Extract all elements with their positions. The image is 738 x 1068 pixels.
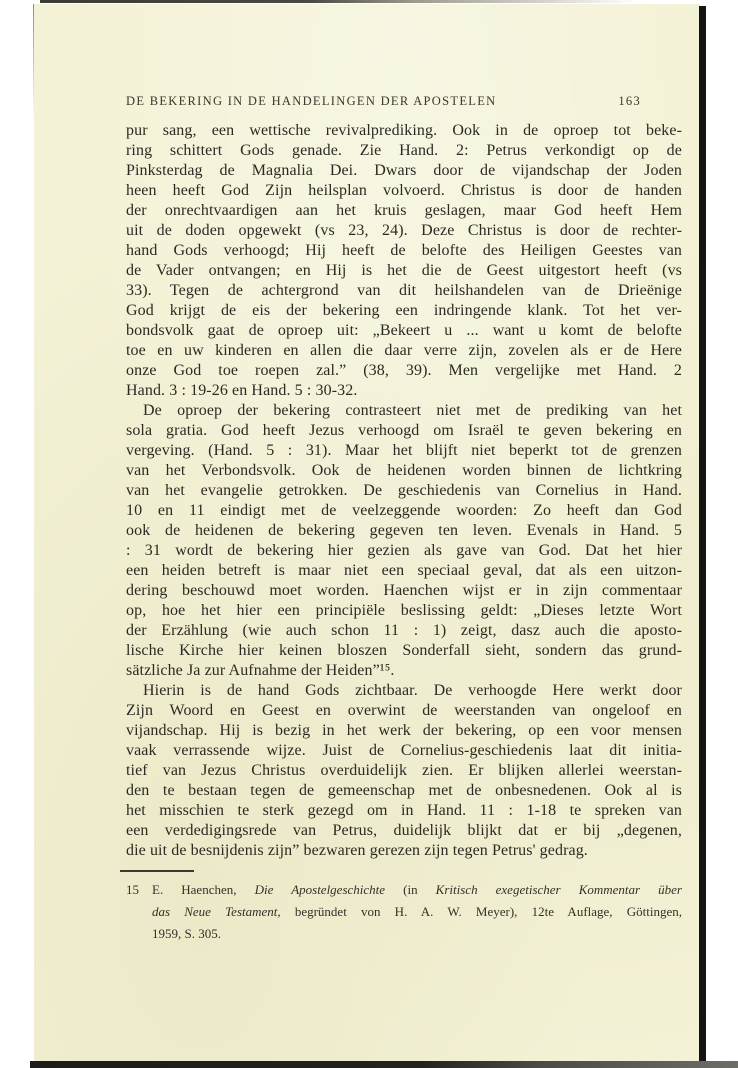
text-line: vaak verrassende wijze. Juist de Corneli… <box>126 741 682 761</box>
text-line: 10 en 11 eindigt met de veelzeggende woo… <box>126 501 682 521</box>
running-header: DE BEKERING IN DE HANDELINGEN DER APOSTE… <box>126 94 641 109</box>
footnote-italic-segment: das Neue Testament <box>152 904 277 919</box>
scan-bottom-edge <box>30 1061 738 1068</box>
footnote: 15E. Haenchen, Die Apostelgeschichte (in… <box>126 879 682 945</box>
text-line: dering beschouwd moet worden. Haenchen w… <box>126 581 682 601</box>
footnote-line: 1959, S. 305. <box>126 923 682 945</box>
text-line: hand Gods verhoogd; Hij heeft de belofte… <box>126 241 682 261</box>
text-line: sola gratia. God heeft Jezus verhoogd om… <box>126 421 682 441</box>
text-line: lische Kirche hier keinen bloszen Sonder… <box>126 641 682 661</box>
text-line: van het evangelie getrokken. De geschied… <box>126 481 682 501</box>
text-line: een heiden betreft is maar niet een spec… <box>126 561 682 581</box>
text-line: die uit de besnijdenis zijn” bezwaren ge… <box>126 841 682 861</box>
text-line: sätzliche Ja zur Aufnahme der Heiden”¹⁵. <box>126 661 682 681</box>
text-line: De oproep der bekering contrasteert niet… <box>126 401 682 421</box>
body-text: pur sang, een wettische revivalprediking… <box>126 121 682 861</box>
text-line: onze God toe roepen zal.” (38, 39). Men … <box>126 361 682 381</box>
text-line: bondsvolk gaat de oproep uit: „Bekeert u… <box>126 321 682 341</box>
text-line: : 31 wordt de bekering hier gezien als g… <box>126 541 682 561</box>
footnote-line: 15E. Haenchen, Die Apostelgeschichte (in… <box>126 879 682 901</box>
scanned-page: DE BEKERING IN DE HANDELINGEN DER APOSTE… <box>0 0 738 1068</box>
footnote-divider <box>120 870 194 872</box>
text-line: een verdedigingsrede van Petrus, duideli… <box>126 821 682 841</box>
footnote-text-segment: (in <box>385 882 436 897</box>
footnote-text-segment: E. Haenchen, <box>152 882 255 897</box>
text-line: vijandschap. Hij is bezig in het werk de… <box>126 721 682 741</box>
book-page: DE BEKERING IN DE HANDELINGEN DER APOSTE… <box>34 4 700 1062</box>
text-line: ook de heidenen de bekering gegeven ten … <box>126 521 682 541</box>
footnote-marker: 15 <box>126 879 152 901</box>
text-line: toe en uw kinderen en allen die daar ver… <box>126 341 682 361</box>
text-line: den te bestaan tegen de gemeenschap met … <box>126 781 682 801</box>
text-line: heen heeft God Zijn heilsplan volvoerd. … <box>126 181 682 201</box>
page-number: 163 <box>618 94 641 109</box>
text-line: Pinksterdag de Magnalia Dei. Dwars door … <box>126 161 682 181</box>
text-line: uit de doden opgewekt (vs 23, 24). Deze … <box>126 221 682 241</box>
text-line: 33). Tegen de achtergrond van dit heilsh… <box>126 281 682 301</box>
text-line: Zijn Woord en Geest en overwint de weers… <box>126 701 682 721</box>
text-line: op, hoe het hier een principiële besliss… <box>126 601 682 621</box>
text-line: der onrechtvaardigen aan het kruis gesla… <box>126 201 682 221</box>
text-line: van het Verbondsvolk. Ook de heidenen wo… <box>126 461 682 481</box>
text-line: der Erzählung (wie auch schon 11 : 1) ze… <box>126 621 682 641</box>
footnote-text-segment: , begründet von H. A. W. Meyer), 12te Au… <box>277 904 682 919</box>
footnote-italic-segment: Kritisch exegetischer Kommentar über <box>436 882 682 897</box>
footnote-italic-segment: Die Apostelgeschichte <box>255 882 385 897</box>
scan-right-edge <box>699 6 706 1062</box>
text-line: God krijgt de eis der bekering een indri… <box>126 301 682 321</box>
text-line: pur sang, een wettische revivalprediking… <box>126 121 682 141</box>
text-line: ring schittert Gods genade. Zie Hand. 2:… <box>126 141 682 161</box>
text-line: tief van Jezus Christus overduidelijk zi… <box>126 761 682 781</box>
text-line: het misschien te sterk gezegd om in Hand… <box>126 801 682 821</box>
text-line: vergeving. (Hand. 5 : 31). Maar het blij… <box>126 441 682 461</box>
scan-top-edge <box>40 0 640 3</box>
footnote-line: das Neue Testament, begründet von H. A. … <box>126 901 682 923</box>
header-title: DE BEKERING IN DE HANDELINGEN DER APOSTE… <box>126 94 496 109</box>
footnote-text-segment: 1959, S. 305. <box>152 926 221 941</box>
text-line: de Vader ontvangen; en Hij is het die de… <box>126 261 682 281</box>
text-line: Hierin is de hand Gods zichtbaar. De ver… <box>126 681 682 701</box>
text-line: Hand. 3 : 19-26 en Hand. 5 : 30-32. <box>126 381 682 401</box>
